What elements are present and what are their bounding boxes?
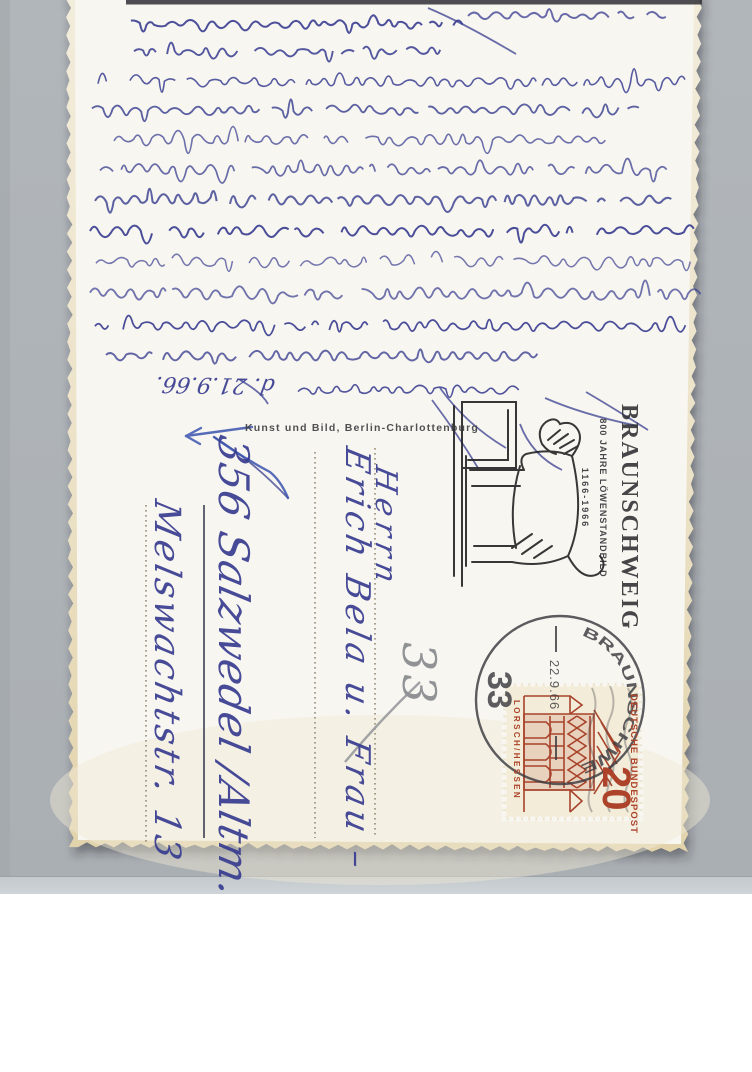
perforation-hole	[638, 746, 644, 752]
perforation-hole	[501, 811, 507, 817]
stamp-subject: LORSCH/HESSEN	[512, 700, 521, 800]
perforation-hole	[595, 681, 601, 687]
perforation-hole	[508, 816, 514, 822]
perforation-hole	[530, 681, 536, 687]
perforation-hole	[566, 816, 572, 822]
perforation-hole	[501, 753, 507, 759]
perforation-hole	[588, 681, 594, 687]
perforation-hole	[638, 768, 644, 774]
perforation-hole	[544, 816, 550, 822]
postcard-scan: BRAUNSCHWEIG 22.9.66 33 Kunst und Bild, …	[0, 0, 752, 1072]
perforation-hole	[609, 681, 615, 687]
stamp-country: DEUTSCHE BUNDESPOST	[628, 694, 639, 834]
perforation-hole	[501, 796, 507, 802]
perforation-hole	[638, 804, 644, 810]
perforation-hole	[616, 816, 622, 822]
slogan-years: 1166-1966	[576, 404, 594, 592]
perforation-hole	[501, 732, 507, 738]
address-street: Melswachtstr. 13	[146, 496, 187, 866]
perforation-hole	[501, 782, 507, 788]
message-date-line: d. 21.9.66.	[138, 371, 292, 399]
pencil-zone-number: 33	[392, 642, 446, 707]
perforation-hole	[523, 681, 529, 687]
perforation-hole	[609, 816, 615, 822]
perforation-hole	[501, 746, 507, 752]
perforation-hole	[559, 816, 565, 822]
perforation-hole	[638, 811, 644, 817]
slogan-city: BRAUNSCHWEIG	[612, 404, 646, 592]
perforation-hole	[501, 804, 507, 810]
perforation-hole	[523, 816, 529, 822]
perforation-hole	[638, 732, 644, 738]
perforation-hole	[501, 724, 507, 730]
perforation-hole	[573, 816, 579, 822]
address-name: Erich Bela u. Frau –	[337, 443, 377, 876]
perforation-hole	[638, 782, 644, 788]
perforation-hole	[638, 789, 644, 795]
perforation-hole	[501, 717, 507, 723]
perforation-hole	[537, 681, 543, 687]
perforation-hole	[501, 816, 507, 822]
address-town: 356 Salzwedel /Altm.	[209, 432, 258, 903]
perforation-hole	[638, 753, 644, 759]
slogan-anniversary: 800 JAHRE LÖWENSTANDBILD	[594, 404, 612, 592]
perforation-hole	[595, 816, 601, 822]
perforation-hole	[580, 816, 586, 822]
perforation-hole	[516, 816, 522, 822]
perforation-hole	[501, 768, 507, 774]
slogan-cancel-text: BRAUNSCHWEIG 800 JAHRE LÖWENSTANDBILD 11…	[576, 404, 646, 592]
stamp-value: 20	[593, 766, 638, 811]
perforation-hole	[566, 681, 572, 687]
perforation-hole	[638, 760, 644, 766]
perforation-hole	[501, 789, 507, 795]
perforation-hole	[602, 816, 608, 822]
perforation-hole	[588, 816, 594, 822]
perforation-hole	[602, 681, 608, 687]
perforation-hole	[501, 775, 507, 781]
perforation-hole	[580, 681, 586, 687]
perforation-hole	[638, 775, 644, 781]
perforation-hole	[616, 681, 622, 687]
perforation-hole	[573, 681, 579, 687]
publisher-imprint: Kunst und Bild, Berlin-Charlottenburg	[245, 422, 479, 434]
perforation-hole	[638, 796, 644, 802]
perforation-hole	[501, 710, 507, 716]
perforation-hole	[552, 816, 558, 822]
perforation-hole	[537, 816, 543, 822]
top-edge-shadow	[126, 0, 702, 5]
perforation-hole	[530, 816, 536, 822]
perforation-hole	[501, 739, 507, 745]
perforation-hole	[638, 739, 644, 745]
postmark-date: 22.9.66	[547, 660, 562, 710]
